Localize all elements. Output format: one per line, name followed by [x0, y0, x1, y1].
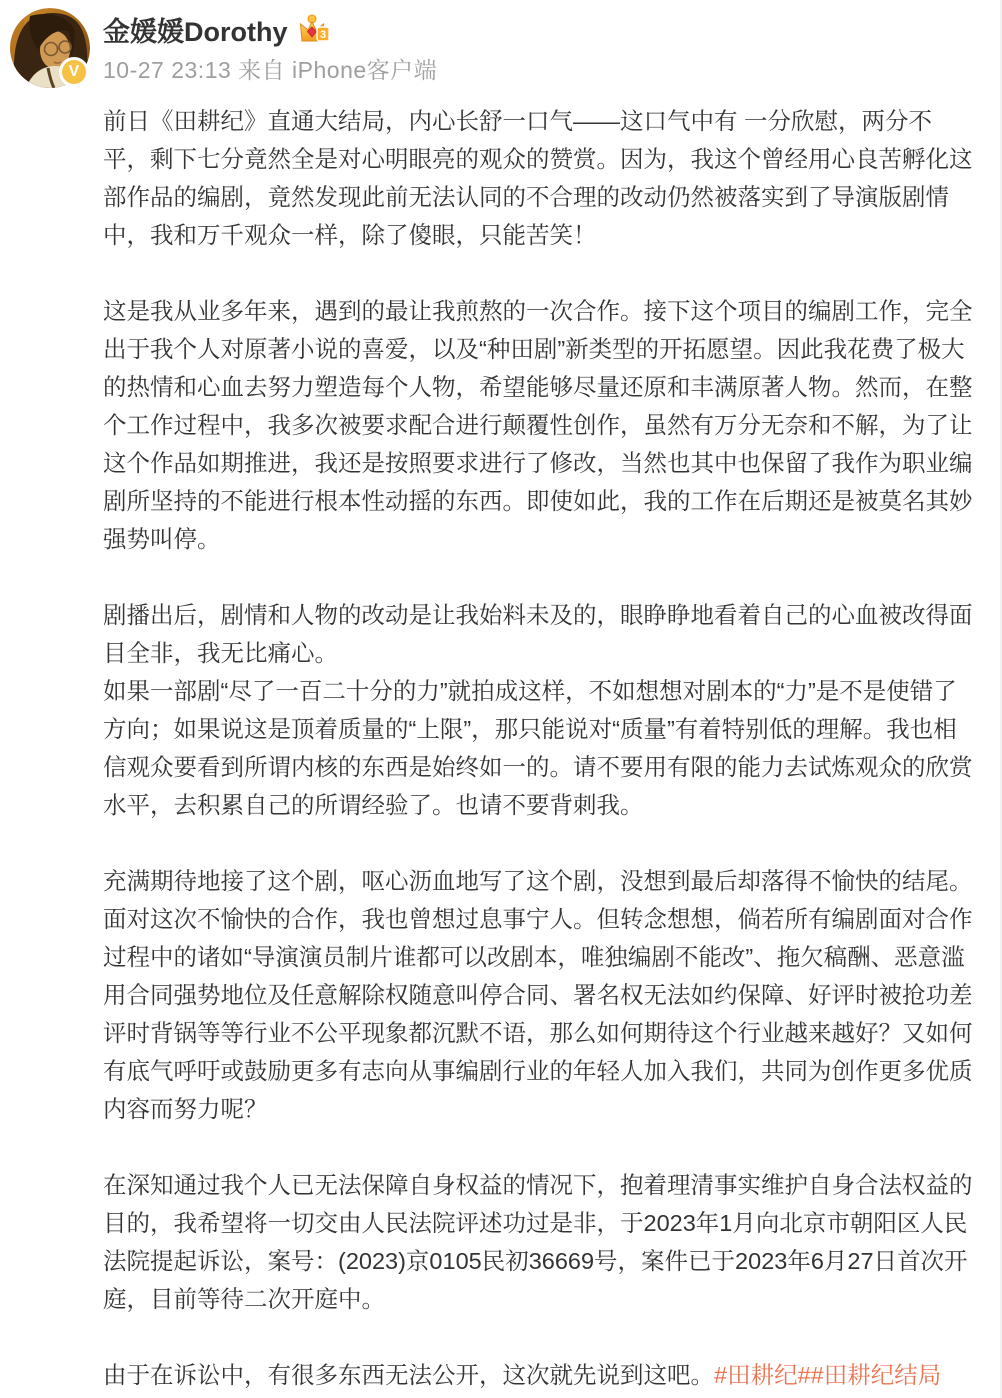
post-content: 前日《田耕纪》直通大结局，内心长舒一口气——这口气中有 一分欣慰，两分不平，剩下… [103, 102, 979, 1394]
vip-level-number: 3 [319, 29, 325, 41]
post-paragraph: 这是我从业多年来，遇到的最让我煎熬的一次合作。接下这个项目的编剧工作，完全出于我… [103, 292, 979, 558]
author-name[interactable]: 金媛媛Dorothy [103, 10, 288, 49]
vip-crown-icon: 3 [297, 14, 331, 46]
post-paragraph: 充满期待地接了这个剧，呕心沥血地写了这个剧，没想到最后却落得不愉快的结尾。面对这… [103, 862, 979, 1128]
verified-v-badge: V [59, 57, 89, 87]
weibo-post-card: V 金媛媛Dorothy 3 10-27 23:13 来自 iPhone客户端 [0, 0, 1002, 1398]
closing-text: 由于在诉讼中，有很多东西无法公开，这次就先说到这吧。 [103, 1362, 714, 1388]
post-paragraph: 在深知通过我个人已无法保障自身权益的情况下，抱着理清事实维护自身合法权益的目的，… [103, 1166, 979, 1318]
post-timestamp: 10-27 23:13 来自 iPhone客户端 [103, 52, 437, 85]
post-paragraph: 前日《田耕纪》直通大结局，内心长舒一口气——这口气中有 一分欣慰，两分不平，剩下… [103, 102, 979, 254]
avatar[interactable]: V [10, 8, 90, 88]
hashtag-link[interactable]: #田耕纪##田耕纪结局 [714, 1362, 941, 1388]
post-paragraph: 剧播出后，剧情和人物的改动是让我始料未及的，眼睁睁地看着自己的心血被改得面目全非… [103, 596, 979, 672]
author-row: 金媛媛Dorothy 3 [103, 10, 331, 49]
post-closing-line: 由于在诉讼中，有很多东西无法公开，这次就先说到这吧。#田耕纪##田耕纪结局 [103, 1356, 979, 1394]
post-paragraph: 如果一部剧“尽了一百二十分的力”就拍成这样，不如想想对剧本的“力”是不是使错了方… [103, 672, 979, 824]
